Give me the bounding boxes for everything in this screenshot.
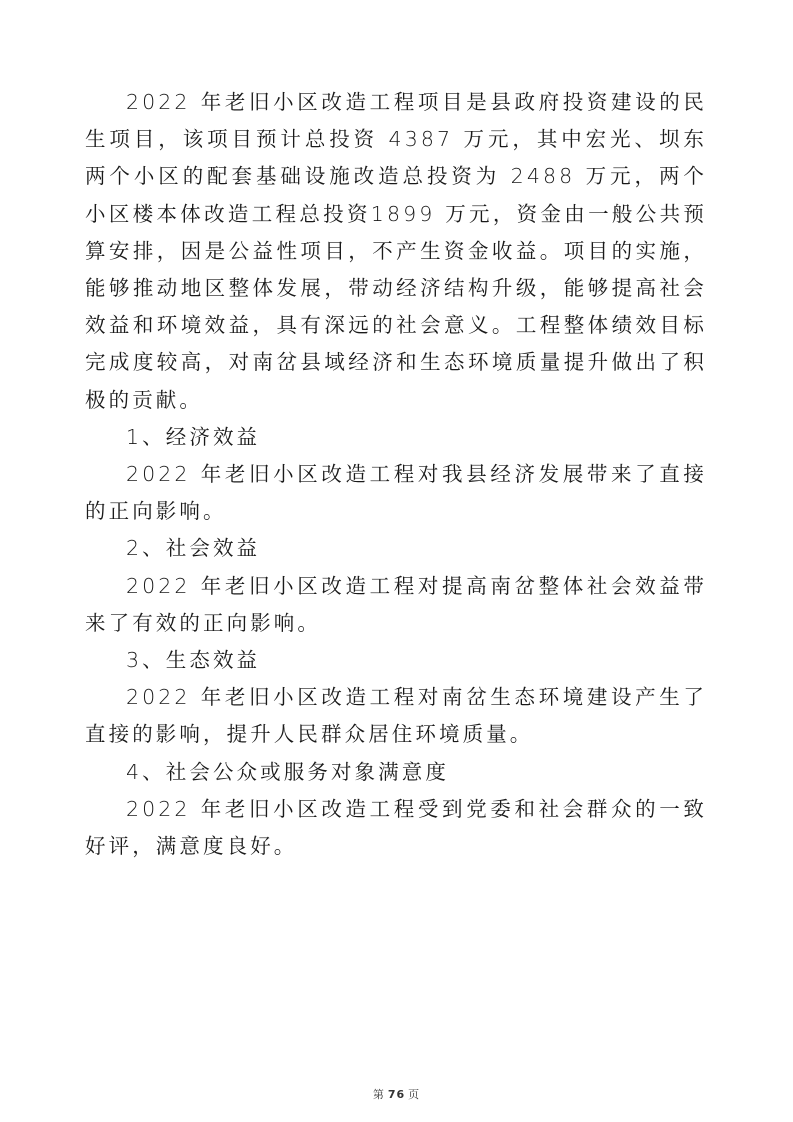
- section-body-ecological: 2022 年老旧小区改造工程对南岔生态环境建设产生了直接的影响，提升人民群众居住…: [85, 679, 707, 753]
- section-body-economic: 2022 年老旧小区改造工程对我县经济发展带来了直接的正向影响。: [85, 456, 707, 530]
- intro-paragraph: 2022 年老旧小区改造工程项目是县政府投资建设的民生项目，该项目预计总投资 4…: [85, 84, 707, 419]
- document-body: 2022 年老旧小区改造工程项目是县政府投资建设的民生项目，该项目预计总投资 4…: [85, 84, 707, 865]
- section-heading-economic: 1、经济效益: [85, 419, 707, 456]
- section-body-social: 2022 年老旧小区改造工程对提高南岔整体社会效益带来了有效的正向影响。: [85, 568, 707, 642]
- section-heading-satisfaction: 4、社会公众或服务对象满意度: [85, 754, 707, 791]
- document-page: 2022 年老旧小区改造工程项目是县政府投资建设的民生项目，该项目预计总投资 4…: [0, 0, 793, 1122]
- section-body-satisfaction: 2022 年老旧小区改造工程受到党委和社会群众的一致好评，满意度良好。: [85, 791, 707, 865]
- page-number-suffix: 页: [408, 1088, 420, 1101]
- section-heading-ecological: 3、生态效益: [85, 642, 707, 679]
- page-footer: 第76页: [0, 1086, 793, 1102]
- section-heading-social: 2、社会效益: [85, 530, 707, 567]
- page-number: 76: [388, 1088, 405, 1101]
- page-number-prefix: 第: [373, 1088, 385, 1101]
